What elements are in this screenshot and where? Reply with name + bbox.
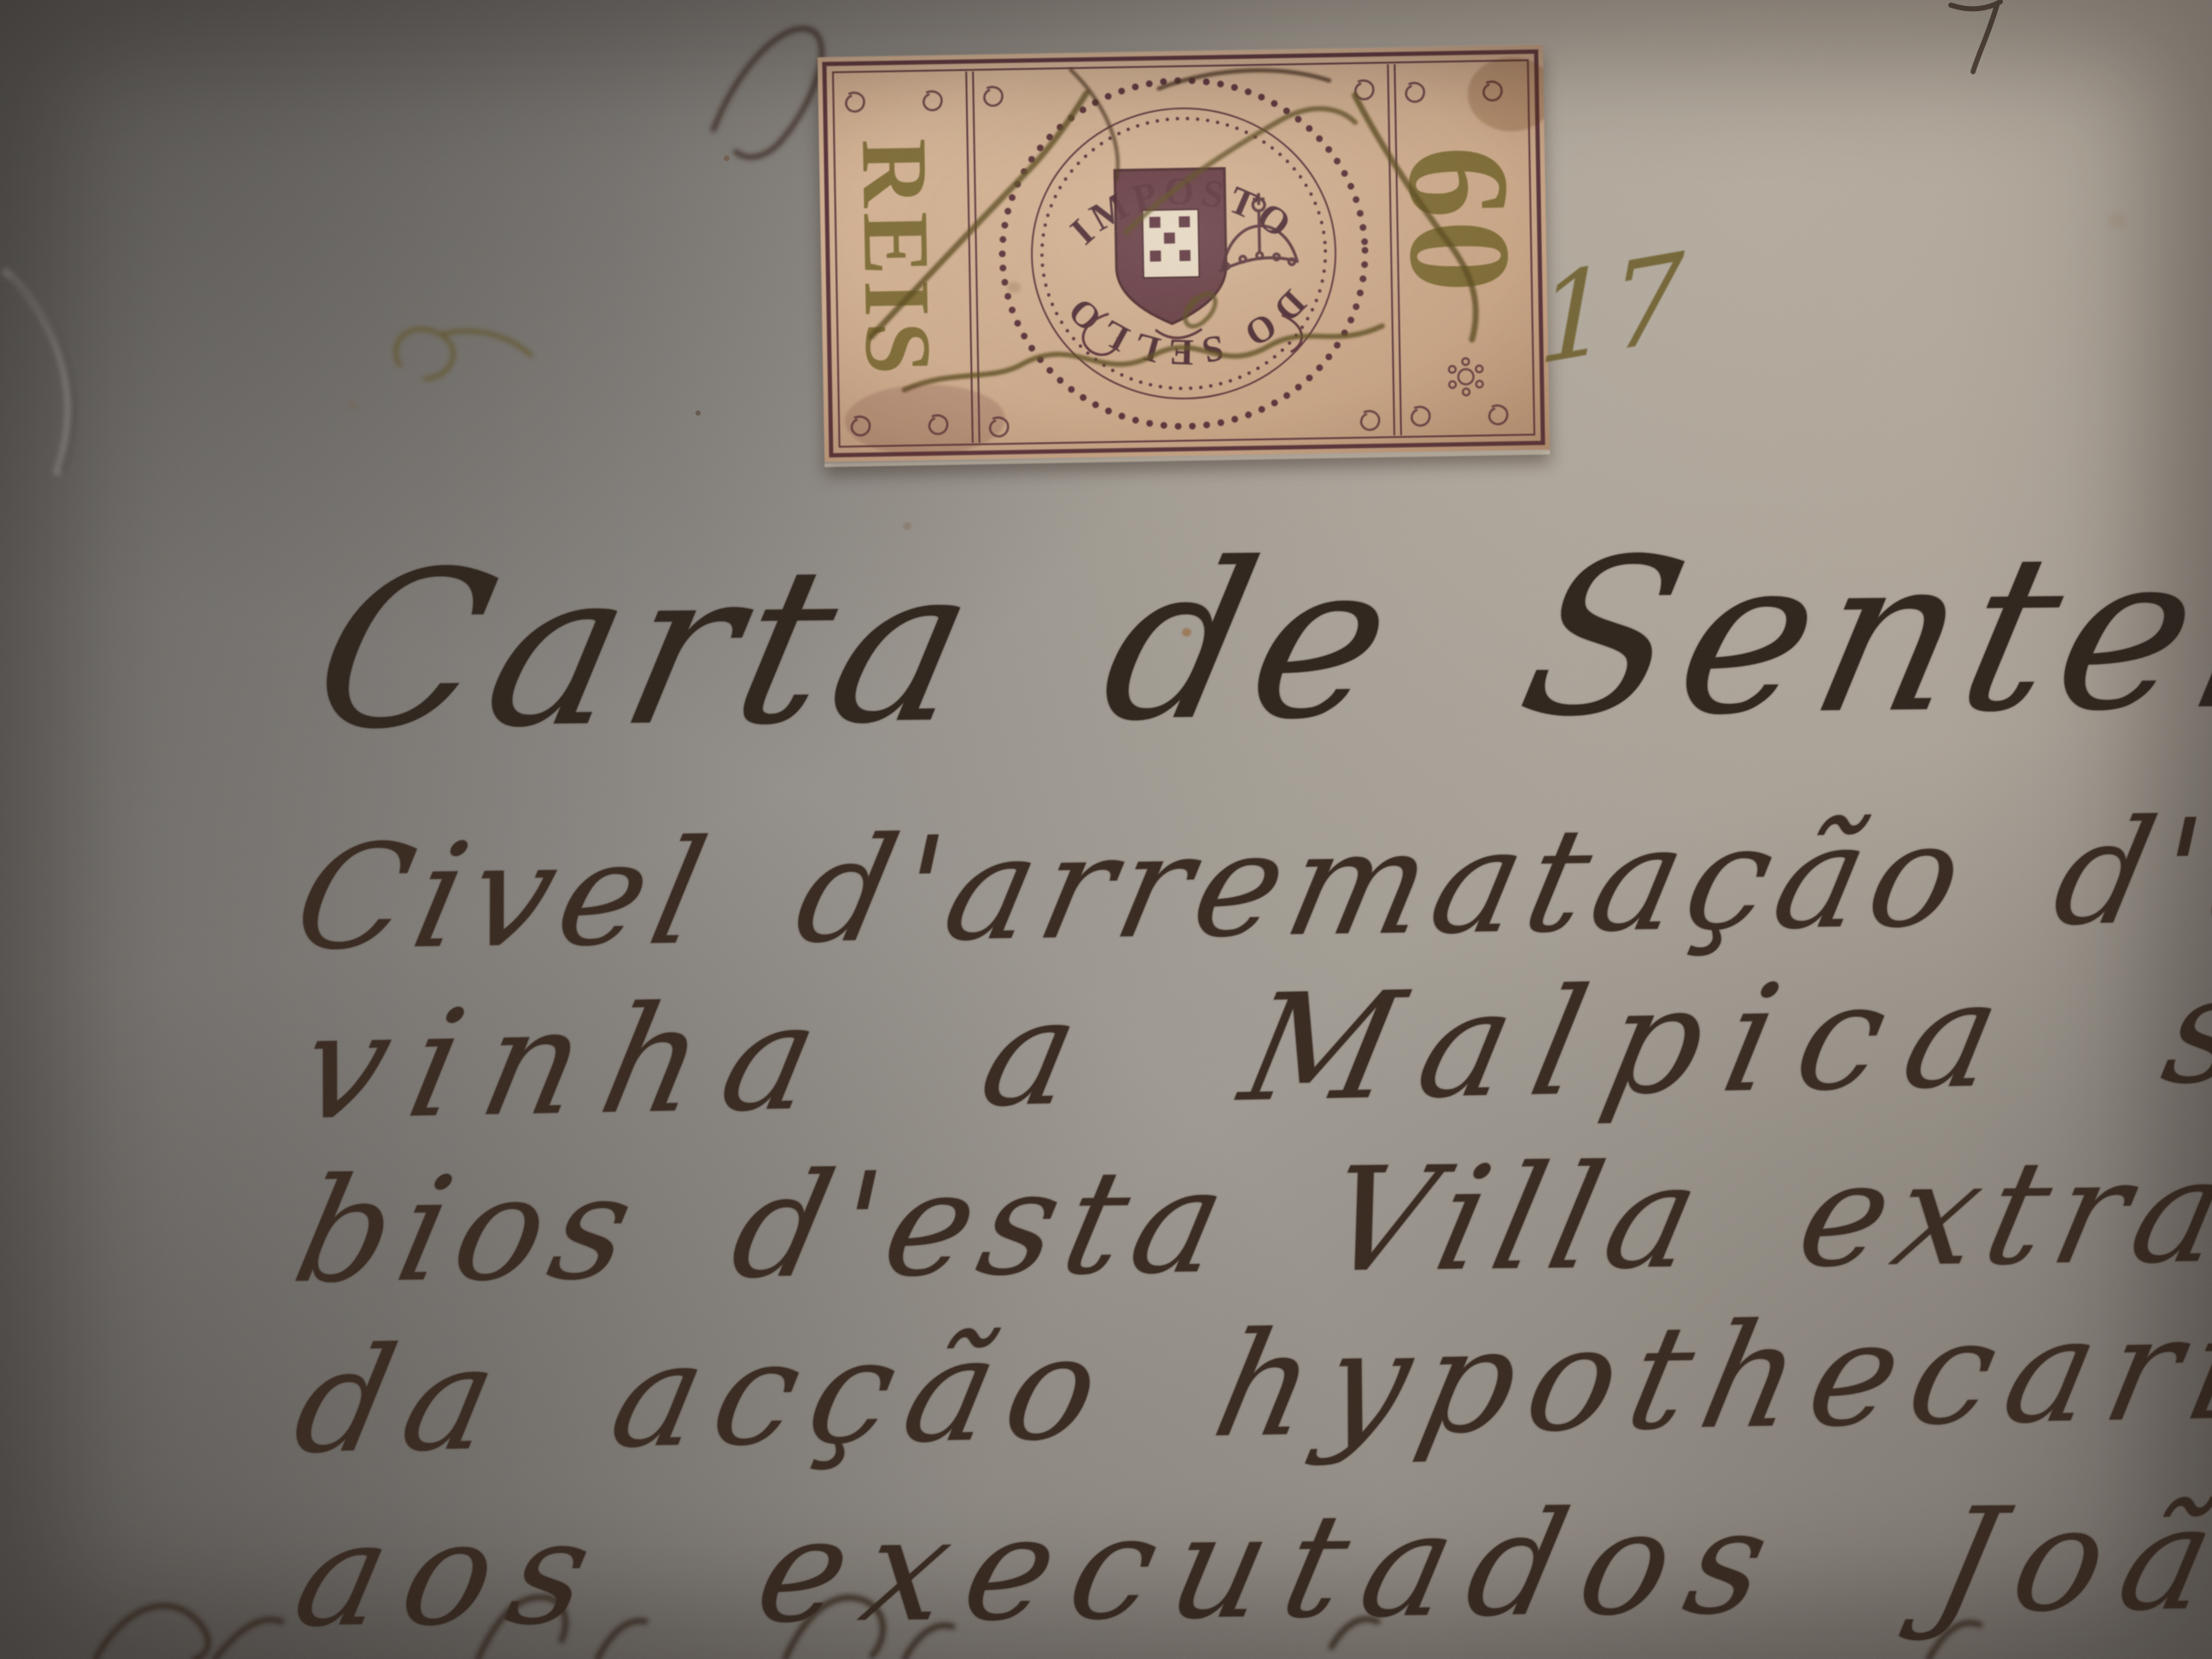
- revenue-stamp-art: IMPOSTO DO SELLO: [818, 44, 1550, 464]
- manuscript-title: Carta de Sentença: [294, 503, 2212, 777]
- revenue-stamp: IMPOSTO DO SELLO: [818, 44, 1550, 464]
- foxing-speck: [2108, 213, 2127, 229]
- manuscript-line-3: bios d'esta Villa extrahida: [282, 1123, 2212, 1315]
- foxing-speck: [696, 410, 701, 416]
- pen-flourish-left-of-stamp: [713, 29, 822, 158]
- manuscript-line-5: aos executados João Ma: [282, 1470, 2212, 1659]
- embossed-seal-arc: [3, 270, 73, 474]
- handwritten-mark-17: 17: [1537, 227, 1685, 393]
- foxing-speck: [348, 401, 358, 410]
- pen-stroke-top-right: [1951, 2, 2000, 72]
- foxing-speck: [724, 155, 730, 161]
- photograph-of-document: IMPOSTO DO SELLO: [0, 0, 2212, 1659]
- cancellation-tail-loop: [396, 329, 531, 379]
